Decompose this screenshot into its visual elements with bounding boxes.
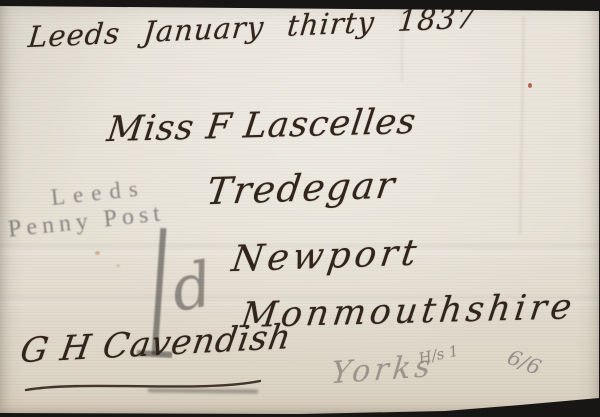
photo-frame: Leeds January thirty 1837 Miss F Lascell… xyxy=(0,0,600,417)
envelope-cover: Leeds January thirty 1837 Miss F Lascell… xyxy=(0,0,600,417)
edge-vignette xyxy=(0,0,600,417)
